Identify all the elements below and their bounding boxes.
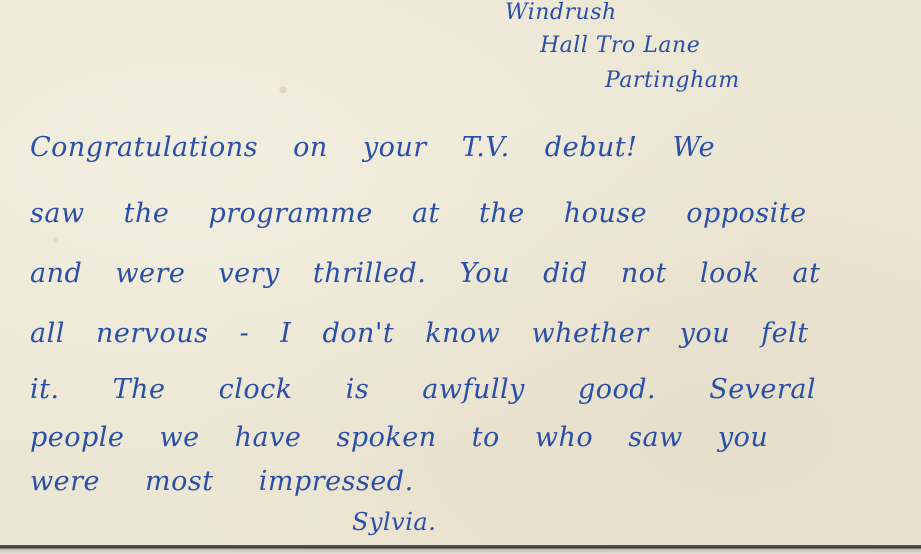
body-line-4: all nervous - I don't know whether you f… [30,318,809,349]
body-line-2: saw the programme at the house opposite [30,198,807,229]
address-line-3: Partingham [605,68,740,93]
body-line-3: and were very thrilled. You did not look… [30,258,820,289]
body-line-1: Congratulations on your T.V. debut! We [30,132,715,163]
body-line-7: were most impressed. [30,466,414,497]
card-bottom-edge [0,545,921,554]
signature: Sylvia. [352,508,436,536]
postcard: Windrush Hall Tro Lane Partingham Congra… [0,0,921,545]
body-line-5: it. The clock is awfully good. Several [30,374,816,405]
body-line-6: people we have spoken to who saw you [30,422,768,453]
address-line-2: Hall Tro Lane [540,33,700,58]
address-line-1: Windrush [505,0,617,25]
